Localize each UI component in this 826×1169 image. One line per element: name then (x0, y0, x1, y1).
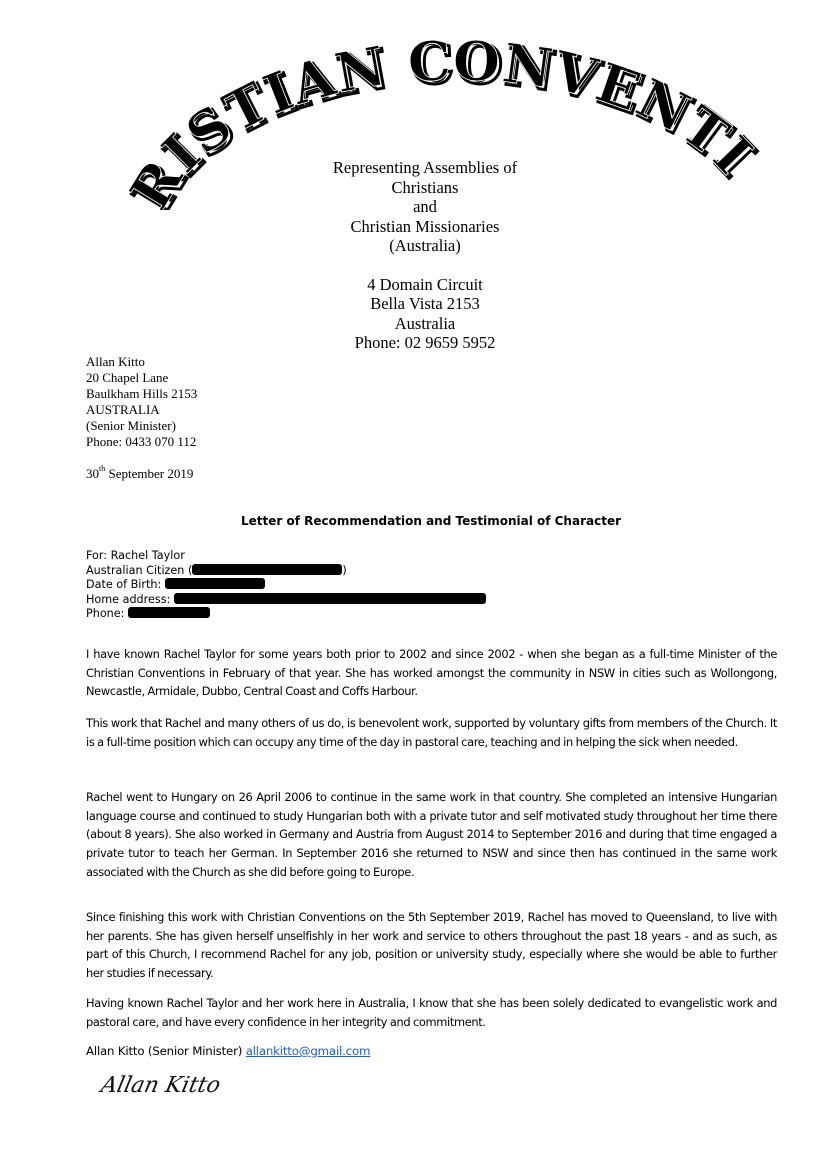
phone-label: Phone: (86, 607, 128, 620)
sender-name: Allan Kitto (86, 354, 197, 370)
dob-label: Date of Birth: (86, 578, 165, 591)
svg-text:Allan Kitto: Allan Kitto (97, 1072, 223, 1098)
sender-phone: Phone: 0433 070 112 (86, 434, 197, 450)
org-representing: Representing Assemblies of (240, 158, 610, 178)
email-link[interactable]: allankitto@gmail.com (246, 1044, 371, 1058)
org-line-and: and (240, 197, 610, 217)
closing-line: Allan Kitto (Senior Minister) allankitto… (86, 1044, 370, 1058)
sender-role: (Senior Minister) (86, 418, 197, 434)
paragraph-europe: Rachel went to Hungary on 26 April 2006 … (86, 788, 777, 882)
subject-phone: Phone: (86, 607, 486, 622)
redaction-bar (192, 564, 342, 575)
subject-home-address: Home address: (86, 593, 486, 608)
org-phone: Phone: 02 9659 5952 (240, 333, 610, 353)
date-rest: September 2019 (105, 466, 193, 481)
subject-details: For: Rachel Taylor Australian Citizen ()… (86, 549, 486, 622)
sender-country: AUSTRALIA (86, 402, 197, 418)
letter-date: 30th September 2019 (86, 466, 193, 482)
org-address-street: 4 Domain Circuit (240, 275, 610, 295)
sender-address: Allan Kitto 20 Chapel Lane Baulkham Hill… (86, 354, 197, 450)
subject-name: For: Rachel Taylor (86, 549, 486, 564)
paragraph-conclusion: Having known Rachel Taylor and her work … (86, 994, 777, 1031)
org-address-suburb: Bella Vista 2153 (240, 294, 610, 314)
org-line-missionaries: Christian Missionaries (240, 217, 610, 237)
paragraph-work: This work that Rachel and many others of… (86, 714, 777, 751)
date-day: 30 (86, 466, 99, 481)
redaction-bar (128, 607, 210, 618)
sender-street: 20 Chapel Lane (86, 370, 197, 386)
citizenship-label: Australian Citizen ( (86, 564, 192, 577)
org-line-country: (Australia) (240, 236, 610, 256)
paragraph-recommendation: Since finishing this work with Christian… (86, 908, 777, 983)
org-line-christians: Christians (240, 178, 610, 198)
handwritten-signature: Allan Kitto (96, 1064, 246, 1104)
redaction-bar (174, 593, 486, 604)
subject-dob: Date of Birth: (86, 578, 486, 593)
letter-title: Letter of Recommendation and Testimonial… (0, 514, 826, 528)
sender-suburb: Baulkham Hills 2153 (86, 386, 197, 402)
signoff-text: Allan Kitto (Senior Minister) (86, 1044, 246, 1058)
org-address-country: Australia (240, 314, 610, 334)
paragraph-history: I have known Rachel Taylor for some year… (86, 645, 777, 701)
subject-citizenship: Australian Citizen () (86, 564, 486, 579)
redaction-bar (165, 578, 265, 589)
organization-info: Representing Assemblies of Christians an… (240, 158, 610, 353)
address-label: Home address: (86, 593, 174, 606)
date-suffix: th (99, 464, 105, 473)
citizenship-close: ) (342, 564, 346, 577)
